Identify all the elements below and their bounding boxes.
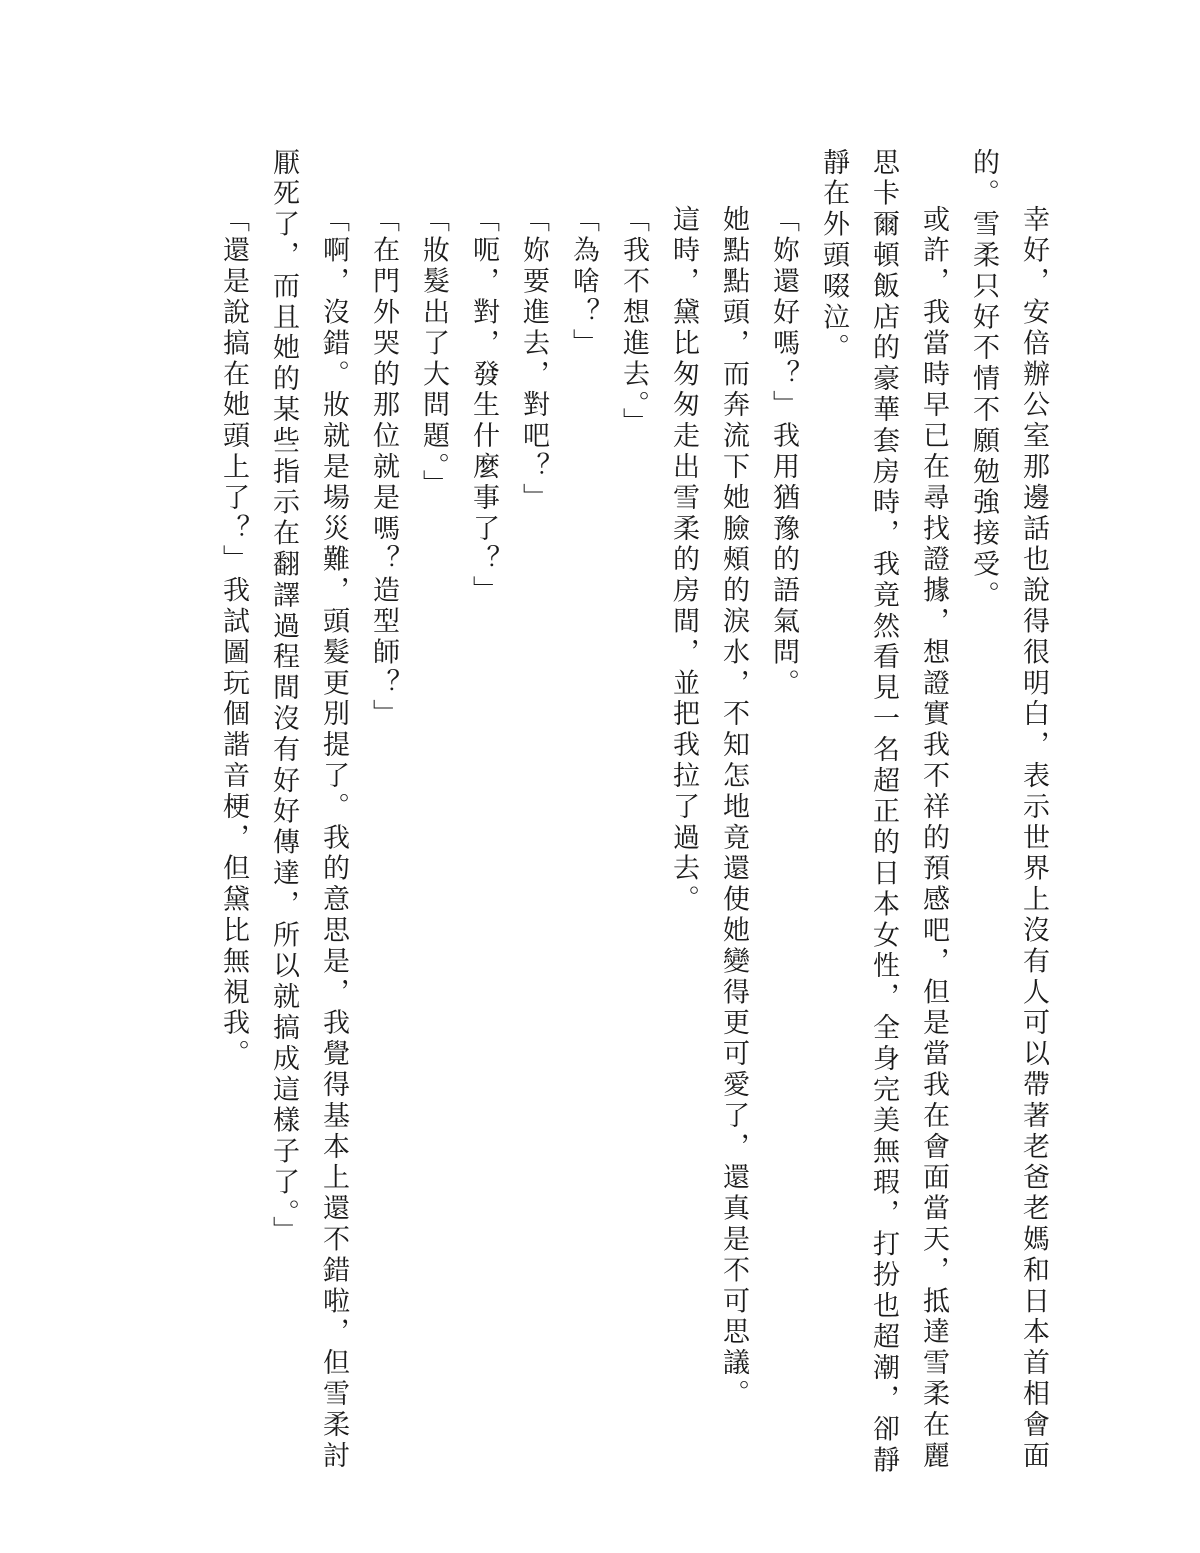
text-column-10: 「為啥？」	[558, 148, 608, 1428]
text-column-13: 「妝髮出了大問題。」	[408, 148, 458, 1428]
text-column-1: 幸好，安倍辦公室那邊話也說得很明白，表示世界上沒有人可以帶著老爸老媽和日本首相會…	[1008, 148, 1058, 1428]
text-column-5: 靜在外頭啜泣。	[808, 148, 858, 1428]
text-column-8: 這時，黛比匆匆走出雪柔的房間，並把我拉了過去。	[658, 148, 708, 1428]
text-column-2: 的。雪柔只好不情不願勉強接受。	[958, 148, 1008, 1428]
text-column-6: 「妳還好嗎？」我用猶豫的語氣問。	[758, 148, 808, 1428]
text-column-9: 「我不想進去。」	[608, 148, 658, 1428]
text-column-14: 「在門外哭的那位就是嗎？造型師？」	[358, 148, 408, 1428]
document-page: 幸好，安倍辦公室那邊話也說得很明白，表示世界上沒有人可以帶著老爸老媽和日本首相會…	[0, 0, 1200, 1553]
text-column-4: 思卡爾頓飯店的豪華套房時，我竟然看見一名超正的日本女性，全身完美無瑕，打扮也超潮…	[858, 148, 908, 1428]
text-column-3: 或許，我當時早已在尋找證據，想證實我不祥的預感吧，但是當我在會面當天，抵達雪柔在…	[908, 148, 958, 1428]
vertical-text-body: 幸好，安倍辦公室那邊話也說得很明白，表示世界上沒有人可以帶著老爸老媽和日本首相會…	[208, 148, 1058, 1428]
text-column-16: 厭死了，而且她的某些指示在翻譯過程間沒有好好傳達，所以就搞成這樣子了。」	[258, 148, 308, 1428]
text-column-11: 「妳要進去，對吧？」	[508, 148, 558, 1428]
text-column-7: 她點點頭，而奔流下她臉頰的淚水，不知怎地竟還使她變得更可愛了，還真是不可思議。	[708, 148, 758, 1428]
text-column-12: 「呃，對，發生什麼事了？」	[458, 148, 508, 1428]
text-column-15: 「啊，沒錯。妝就是場災難，頭髮更別提了。我的意思是，我覺得基本上還不錯啦，但雪柔…	[308, 148, 358, 1428]
text-column-17: 「還是說搞在她頭上了？」我試圖玩個諧音梗，但黛比無視我。	[208, 148, 258, 1428]
